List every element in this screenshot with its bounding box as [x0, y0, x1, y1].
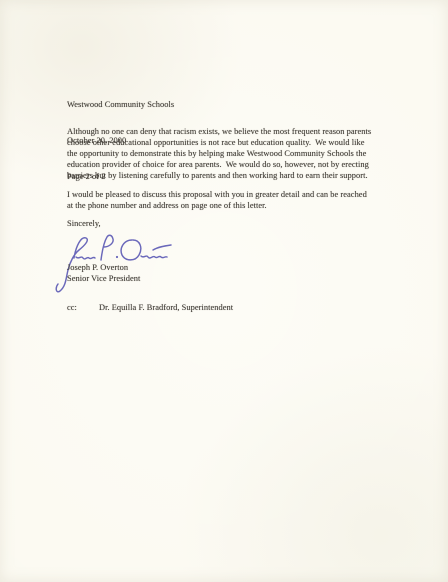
body-paragraph-2: I would be pleased to discuss this propo…: [67, 189, 367, 211]
signer-title: Senior Vice President: [67, 274, 140, 283]
letter-page: Westwood Community Schools October 20, 2…: [0, 0, 448, 582]
body-paragraph-1: Although no one can deny that racism exi…: [67, 126, 371, 181]
header-organization: Westwood Community Schools: [67, 99, 174, 111]
cc-label: cc:: [67, 303, 99, 312]
cc-line: cc: Dr. Equilla F. Bradford, Superintend…: [67, 303, 233, 312]
cc-recipient: Dr. Equilla F. Bradford, Superintendent: [99, 303, 233, 312]
signer-name: Joseph P. Overton: [67, 263, 128, 272]
valediction: Sincerely,: [67, 219, 101, 228]
